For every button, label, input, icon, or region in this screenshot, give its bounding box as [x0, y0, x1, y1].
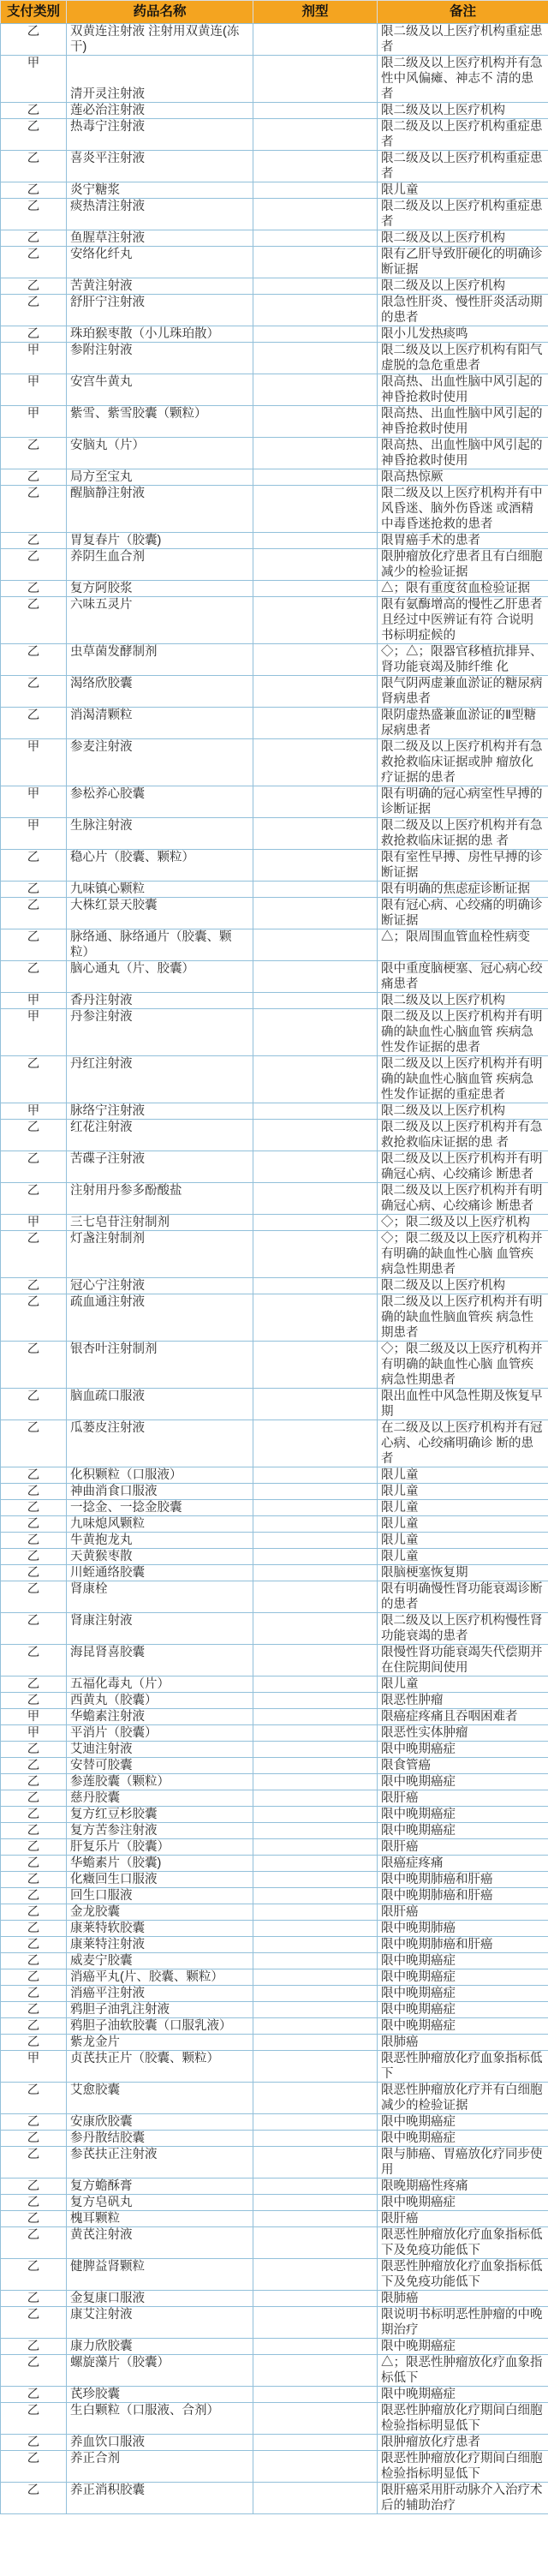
dosage-form-cell: [253, 1278, 378, 1294]
payment-category-cell: 乙: [1, 1937, 67, 1953]
remark-cell: 限二级及以上医疗机构重症患者: [378, 199, 548, 230]
remark-cell: 限儿童: [378, 1549, 548, 1565]
remark-cell: ◇；限二级及以上医疗机构并有明确的缺血性心脑 血管疾病急性期患者: [378, 1231, 548, 1278]
dosage-form-cell: [253, 1969, 378, 1986]
drug-name-cell: 消癌平注射液: [67, 1986, 253, 2002]
drug-name-cell: 金复康口服液: [67, 2291, 253, 2307]
remark-cell: 限有冠心病、心绞痛的明确诊断证据: [378, 898, 548, 929]
payment-category-cell: 乙: [1, 1056, 67, 1103]
table-row: 甲 华蟾素注射液 限癌症疼痛且吞咽困难者: [1, 1709, 548, 1725]
payment-category-cell: 乙: [1, 1921, 67, 1937]
remark-cell: 限儿童: [378, 182, 548, 199]
table-row: 乙 鱼腥草注射液 限二级及以上医疗机构: [1, 230, 548, 247]
drug-name-cell: 瓜蒌皮注射液: [67, 1420, 253, 1467]
drug-name-cell: 养正合剂: [67, 2451, 253, 2483]
drug-name-cell: 苦碟子注射液: [67, 1151, 253, 1183]
remark-cell: 限恶性肿瘤放化疗期间白细胞检验指标明显低下: [378, 2451, 548, 2483]
table-row: 乙 五福化毒丸（片） 限儿童: [1, 1676, 548, 1693]
table-row: 乙 冠心宁注射液 限二级及以上医疗机构: [1, 1278, 548, 1294]
table-row: 乙 肾康栓 限有明确慢性肾功能衰竭诊断的患者: [1, 1581, 548, 1613]
payment-category-cell: 甲: [1, 374, 67, 406]
table-row: 乙 养正消积胶囊 限肝癌采用肝动脉介入治疗术后的辅助治疗: [1, 2483, 548, 2514]
dosage-form-cell: [253, 1742, 378, 1758]
payment-category-cell: 甲: [1, 1725, 67, 1742]
payment-category-cell: 乙: [1, 1500, 67, 1516]
drug-name-cell: 生白颗粒（口服液、合剂）: [67, 2403, 253, 2435]
drug-name-cell: 复方蟾酥膏: [67, 2179, 253, 2195]
drug-name-cell: 丹红注射液: [67, 1056, 253, 1103]
dosage-form-cell: [253, 2435, 378, 2451]
dosage-form-cell: [253, 818, 378, 850]
column-header-payment-category: 支付类别: [1, 1, 67, 24]
payment-category-cell: 乙: [1, 1120, 67, 1151]
payment-category-cell: 乙: [1, 2339, 67, 2355]
table-row: 乙 养正合剂 限恶性肿瘤放化疗期间白细胞检验指标明显低下: [1, 2451, 548, 2483]
drug-name-cell: 局方至宝丸: [67, 469, 253, 486]
table-row: 乙 注射用丹参多酚酸盐 限二级及以上医疗机构并有明确冠心病、心绞痛诊 断患者: [1, 1183, 548, 1215]
payment-category-cell: 乙: [1, 2179, 67, 2195]
table-row: 乙 紫龙金片 限肺癌: [1, 2035, 548, 2051]
dosage-form-cell: [253, 1549, 378, 1565]
payment-category-cell: 乙: [1, 898, 67, 929]
table-row: 乙 黄芪注射液 限恶性肿瘤放化疗血象指标低下及免疫功能低下: [1, 2227, 548, 2259]
remark-cell: 限儿童: [378, 1467, 548, 1484]
table-row: 乙 川蛭通络胶囊 限脑梗塞恢复期: [1, 1565, 548, 1581]
table-row: 乙 舒肝宁注射液 限急性肝炎、慢性肝炎活动期的患者: [1, 295, 548, 326]
drug-name-cell: 鸦胆子油乳注射液: [67, 2002, 253, 2018]
drug-name-cell: 参松养心胶囊: [67, 786, 253, 818]
dosage-form-cell: [253, 533, 378, 549]
payment-category-cell: 乙: [1, 1807, 67, 1823]
payment-category-cell: 乙: [1, 2291, 67, 2307]
remark-cell: 限有氨酶增高的慢性乙肝患者且经过中医辨证有符 合说明书标明症候的: [378, 597, 548, 644]
drug-name-cell: 芪珍胶囊: [67, 2387, 253, 2403]
remark-cell: 限二级及以上医疗机构并有急救抢救临床证据的患 者: [378, 1120, 548, 1151]
table-row: 甲 平消片（胶囊） 限恶性实体肿瘤: [1, 1725, 548, 1742]
drug-name-cell: 化积颗粒（口服液）: [67, 1467, 253, 1484]
payment-category-cell: 乙: [1, 230, 67, 247]
remark-cell: 限儿童: [378, 1500, 548, 1516]
table-row: 甲 贞芪扶正片（胶囊、颗粒） 限恶性肿瘤放化疗血象指标低下: [1, 2051, 548, 2083]
payment-category-cell: 乙: [1, 1484, 67, 1500]
dosage-form-cell: [253, 326, 378, 343]
remark-cell: 限儿童: [378, 1484, 548, 1500]
drug-name-cell: 天黄猴枣散: [67, 1549, 253, 1565]
table-header-row: 支付类别 药品名称 剂型 备注: [1, 1, 548, 24]
dosage-form-cell: [253, 961, 378, 993]
drug-reimbursement-table: 支付类别 药品名称 剂型 备注 乙 双黄连注射液 注射用双黄连(冻干) 限二级及…: [0, 0, 548, 2514]
drug-name-cell: 神曲消食口服液: [67, 1484, 253, 1500]
table-row: 乙 莲必治注射液 限二级及以上医疗机构: [1, 103, 548, 119]
drug-name-cell: 鱼腥草注射液: [67, 230, 253, 247]
drug-name-cell: 九味镇心颗粒: [67, 882, 253, 898]
remark-cell: 限中晚期癌症: [378, 2002, 548, 2018]
dosage-form-cell: [253, 247, 378, 278]
table-row: 乙 珠珀猴枣散（小儿珠珀散） 限小儿发热痰鸣: [1, 326, 548, 343]
drug-name-cell: 养血饮口服液: [67, 2435, 253, 2451]
drug-name-cell: 珠珀猴枣散（小儿珠珀散）: [67, 326, 253, 343]
drug-name-cell: 参芪扶正注射液: [67, 2147, 253, 2179]
dosage-form-cell: [253, 2483, 378, 2514]
table-row: 乙 肝复乐片（胶囊） 限肝癌: [1, 1839, 548, 1856]
payment-category-cell: 乙: [1, 1790, 67, 1807]
remark-cell: 限高热、出血性脑中风引起的神昏抢救时使用: [378, 374, 548, 406]
drug-name-cell: 脉络通、脉络通片（胶囊、颗粒）: [67, 929, 253, 961]
column-header-dosage-form: 剂型: [253, 1, 378, 24]
payment-category-cell: 乙: [1, 1613, 67, 1645]
drug-name-cell: 紫龙金片: [67, 2035, 253, 2051]
dosage-form-cell: [253, 1103, 378, 1120]
remark-cell: 限肝癌: [378, 1790, 548, 1807]
table-row: 乙 海昆肾喜胶囊 限慢性肾功能衰竭失代偿期并在住院期间使用: [1, 1645, 548, 1676]
dosage-form-cell: [253, 1693, 378, 1709]
drug-name-cell: 冠心宁注射液: [67, 1278, 253, 1294]
drug-name-cell: 安脑丸（片）: [67, 438, 253, 469]
table-row: 乙 大株红景天胶囊 限有冠心病、心绞痛的明确诊断证据: [1, 898, 548, 929]
drug-name-cell: 舒肝宁注射液: [67, 295, 253, 326]
table-row: 乙 胃复春片（胶囊) 限胃癌手术的患者: [1, 533, 548, 549]
dosage-form-cell: [253, 343, 378, 374]
dosage-form-cell: [253, 1790, 378, 1807]
table-row: 乙 慈丹胶囊 限肝癌: [1, 1790, 548, 1807]
remark-cell: 限恶性肿瘤放化疗血象指标低下: [378, 2051, 548, 2083]
table-row: 乙 丹红注射液 限二级及以上医疗机构并有明确的缺血性心脑血管 疾病急性发作证据的…: [1, 1056, 548, 1103]
remark-cell: 限二级及以上医疗机构并有中风昏迷、脑外伤昏迷 或酒精中毒昏迷抢救的患者: [378, 486, 548, 533]
payment-category-cell: 乙: [1, 1151, 67, 1183]
table-row: 乙 艾迪注射液 限中晚期癌症: [1, 1742, 548, 1758]
table-row: 甲 三七皂苷注射制剂 ◇；限二级及以上医疗机构: [1, 1215, 548, 1231]
table-row: 乙 螺旋藻片（胶囊） △；限恶性肿瘤放化疗血象指标低下: [1, 2355, 548, 2387]
dosage-form-cell: [253, 1725, 378, 1742]
dosage-form-cell: [253, 2018, 378, 2035]
table-row: 乙 牛黄抱龙丸 限儿童: [1, 1533, 548, 1549]
dosage-form-cell: [253, 1120, 378, 1151]
remark-cell: 在二级及以上医疗机构并有冠心病、心绞痛明确诊 断的患者: [378, 1420, 548, 1467]
payment-category-cell: 乙: [1, 119, 67, 151]
remark-cell: 限中晚期癌症: [378, 1986, 548, 2002]
table-row: 乙 养阴生血合剂 限肿瘤放化疗患者且有白细胞减少的检验证据: [1, 549, 548, 581]
table-row: 乙 复方苦参注射液 限中晚期癌症: [1, 1823, 548, 1839]
dosage-form-cell: [253, 406, 378, 438]
payment-category-cell: 乙: [1, 1389, 67, 1420]
remark-cell: △；限有重度贫血检验证据: [378, 581, 548, 597]
payment-category-cell: 乙: [1, 1823, 67, 1839]
table-row: 甲 丹参注射液 限二级及以上医疗机构并有明确的缺血性心脑血管 疾病急性发作证据的…: [1, 1009, 548, 1056]
drug-name-cell: 艾愈胶囊: [67, 2083, 253, 2114]
payment-category-cell: 乙: [1, 1516, 67, 1533]
remark-cell: 限高热、出血性脑中风引起的神昏抢救时使用: [378, 438, 548, 469]
drug-name-cell: 莲必治注射液: [67, 103, 253, 119]
payment-category-cell: 甲: [1, 818, 67, 850]
payment-category-cell: 乙: [1, 2435, 67, 2451]
table-row: 乙 复方阿胶浆 △；限有重度贫血检验证据: [1, 581, 548, 597]
remark-cell: 限二级及以上医疗机构并有明确的缺血性脑血管疾 病急性期患者: [378, 1294, 548, 1342]
dosage-form-cell: [253, 2451, 378, 2483]
remark-cell: 限高热、出血性脑中风引起的神昏抢救时使用: [378, 406, 548, 438]
payment-category-cell: 乙: [1, 24, 67, 56]
remark-cell: 限有明确慢性肾功能衰竭诊断的患者: [378, 1581, 548, 1613]
remark-cell: ◇；限二级及以上医疗机构: [378, 1215, 548, 1231]
payment-category-cell: 乙: [1, 850, 67, 882]
table-row: 乙 脉络通、脉络通片（胶囊、颗粒） △；限周围血管血栓性病变: [1, 929, 548, 961]
remark-cell: 限二级及以上医疗机构有阳气虚脱的急危重患者: [378, 343, 548, 374]
remark-cell: 限二级及以上医疗机构并有急救抢救临床证据的患 者: [378, 818, 548, 850]
dosage-form-cell: [253, 2083, 378, 2114]
dosage-form-cell: [253, 1581, 378, 1613]
dosage-form-cell: [253, 2179, 378, 2195]
drug-name-cell: 胃复春片（胶囊): [67, 533, 253, 549]
column-header-remark: 备注: [378, 1, 548, 24]
payment-category-cell: 乙: [1, 438, 67, 469]
drug-name-cell: 渴络欣胶囊: [67, 676, 253, 708]
drug-name-cell: 喜炎平注射液: [67, 151, 253, 182]
dosage-form-cell: [253, 1056, 378, 1103]
remark-cell: 限二级及以上医疗机构重症患者: [378, 151, 548, 182]
remark-cell: 限阴虚热盛兼血淤证的Ⅱ型糖尿病患者: [378, 708, 548, 739]
drug-name-cell: 复方皂矾丸: [67, 2195, 253, 2211]
table-row: 乙 银杏叶注射制剂 ◇；限二级及以上医疗机构并有明确的缺血性心脑 血管疾病急性期…: [1, 1342, 548, 1389]
dosage-form-cell: [253, 2114, 378, 2131]
table-row: 乙 威麦宁胶囊 限中晚期癌症: [1, 1953, 548, 1969]
remark-cell: 限食管癌: [378, 1758, 548, 1774]
drug-name-cell: 消癌平丸(片、胶囊、颗粒）: [67, 1969, 253, 1986]
table-row: 乙 肾康注射液 限二级及以上医疗机构慢性肾功能衰竭的患者: [1, 1613, 548, 1645]
remark-cell: 限与肺癌、胃癌放化疗同步使用: [378, 2147, 548, 2179]
dosage-form-cell: [253, 1389, 378, 1420]
payment-category-cell: 甲: [1, 1103, 67, 1120]
drug-name-cell: 九味熄风颗粒: [67, 1516, 253, 1533]
drug-name-cell: 丹参注射液: [67, 1009, 253, 1056]
drug-name-cell: 复方苦参注射液: [67, 1823, 253, 1839]
drug-name-cell: 醒脑静注射液: [67, 486, 253, 533]
remark-cell: 限恶性肿瘤放化疗期间白细胞检验指标明显低下: [378, 2403, 548, 2435]
drug-name-cell: 灯盏注射制剂: [67, 1231, 253, 1278]
table-row: 乙 复方皂矾丸 限中晚期癌症: [1, 2195, 548, 2211]
drug-name-cell: 复方红豆杉胶囊: [67, 1807, 253, 1823]
dosage-form-cell: [253, 1823, 378, 1839]
drug-name-cell: 痰热清注射液: [67, 199, 253, 230]
payment-category-cell: 乙: [1, 2307, 67, 2339]
dosage-form-cell: [253, 676, 378, 708]
table-row: 乙 回生口服液 限中晚期肺癌和肝癌: [1, 1888, 548, 1904]
remark-cell: 限恶性肿瘤放化疗血象指标低下及免疫功能低下: [378, 2259, 548, 2291]
table-row: 乙 参丹散结胶囊 限中晚期癌症: [1, 2131, 548, 2147]
remark-cell: 限中晚期肺癌和肝癌: [378, 1937, 548, 1953]
remark-cell: 限二级及以上医疗机构并有急性中风偏瘫、神志不 清的患者: [378, 56, 548, 103]
payment-category-cell: 乙: [1, 1231, 67, 1278]
drug-name-cell: 慈丹胶囊: [67, 1790, 253, 1807]
payment-category-cell: 乙: [1, 1888, 67, 1904]
dosage-form-cell: [253, 1342, 378, 1389]
payment-category-cell: 乙: [1, 2083, 67, 2114]
table-row: 乙 康力欣胶囊 限中晚期癌症: [1, 2339, 548, 2355]
drug-name-cell: 黄芪注射液: [67, 2227, 253, 2259]
payment-category-cell: 甲: [1, 1009, 67, 1056]
remark-cell: 限高热惊厥: [378, 469, 548, 486]
remark-cell: 限有室性早搏、房性早搏的诊断证据: [378, 850, 548, 882]
drug-name-cell: 稳心片（胶囊、颗粒）: [67, 850, 253, 882]
dosage-form-cell: [253, 230, 378, 247]
payment-category-cell: 乙: [1, 1467, 67, 1484]
table-row: 乙 消癌平注射液 限中晚期癌症: [1, 1986, 548, 2002]
dosage-form-cell: [253, 1533, 378, 1549]
payment-category-cell: 乙: [1, 295, 67, 326]
payment-category-cell: 乙: [1, 1420, 67, 1467]
table-row: 甲 参麦注射液 限二级及以上医疗机构并有急救抢救临床证据或肿 瘤放化疗证据的患者: [1, 739, 548, 786]
remark-cell: 限中晚期癌症: [378, 2114, 548, 2131]
table-row: 乙 消癌平丸(片、胶囊、颗粒） 限中晚期癌症: [1, 1969, 548, 1986]
table-row: 乙 一捻金、一捻金胶囊 限儿童: [1, 1500, 548, 1516]
payment-category-cell: 乙: [1, 1742, 67, 1758]
table-row: 乙 芪珍胶囊 限中晚期癌症: [1, 2387, 548, 2403]
dosage-form-cell: [253, 2211, 378, 2227]
payment-category-cell: 乙: [1, 2403, 67, 2435]
drug-name-cell: 清开灵注射液: [67, 56, 253, 103]
drug-name-cell: 注射用丹参多酚酸盐: [67, 1183, 253, 1215]
remark-cell: 限有明确的冠心病室性早搏的诊断证据: [378, 786, 548, 818]
payment-category-cell: 乙: [1, 2211, 67, 2227]
remark-cell: 限儿童: [378, 1516, 548, 1533]
payment-category-cell: 乙: [1, 182, 67, 199]
payment-category-cell: 甲: [1, 2051, 67, 2083]
drug-name-cell: 参附注射液: [67, 343, 253, 374]
drug-name-cell: 安康欣胶囊: [67, 2114, 253, 2131]
dosage-form-cell: [253, 1888, 378, 1904]
dosage-form-cell: [253, 438, 378, 469]
dosage-form-cell: [253, 1516, 378, 1533]
remark-cell: 限二级及以上医疗机构并有明确的缺血性心脑血管 疾病急性发作证据的重症患者: [378, 1056, 548, 1103]
remark-cell: 限出血性中风急性期及恢复早期: [378, 1389, 548, 1420]
table-row: 乙 生白颗粒（口服液、合剂） 限恶性肿瘤放化疗期间白细胞检验指标明显低下: [1, 2403, 548, 2435]
dosage-form-cell: [253, 1758, 378, 1774]
table-row: 乙 养血饮口服液 限肿瘤放化疗患者: [1, 2435, 548, 2451]
payment-category-cell: 甲: [1, 56, 67, 103]
table-row: 乙 九味熄风颗粒 限儿童: [1, 1516, 548, 1533]
table-row: 甲 参附注射液 限二级及以上医疗机构有阳气虚脱的急危重患者: [1, 343, 548, 374]
dosage-form-cell: [253, 374, 378, 406]
remark-cell: 限中晚期癌症: [378, 1823, 548, 1839]
dosage-form-cell: [253, 199, 378, 230]
table-row: 乙 痰热清注射液 限二级及以上医疗机构重症患者: [1, 199, 548, 230]
dosage-form-cell: [253, 929, 378, 961]
remark-cell: 限二级及以上医疗机构: [378, 1103, 548, 1120]
table-row: 乙 灯盏注射制剂 ◇；限二级及以上医疗机构并有明确的缺血性心脑 血管疾病急性期患…: [1, 1231, 548, 1278]
drug-name-cell: 养阴生血合剂: [67, 549, 253, 581]
drug-name-cell: 炎宁糖浆: [67, 182, 253, 199]
drug-name-cell: 热毒宁注射液: [67, 119, 253, 151]
dosage-form-cell: [253, 597, 378, 644]
table-row: 乙 槐耳颗粒 限肝癌: [1, 2211, 548, 2227]
drug-name-cell: 脑血疏口服液: [67, 1389, 253, 1420]
dosage-form-cell: [253, 469, 378, 486]
table-row: 乙 醒脑静注射液 限二级及以上医疗机构并有中风昏迷、脑外伤昏迷 或酒精中毒昏迷抢…: [1, 486, 548, 533]
payment-category-cell: 乙: [1, 2483, 67, 2514]
drug-name-cell: 肝复乐片（胶囊）: [67, 1839, 253, 1856]
remark-cell: 限脑梗塞恢复期: [378, 1565, 548, 1581]
table-row: 乙 参莲胶囊（颗粒） 限中晚期癌症: [1, 1774, 548, 1790]
dosage-form-cell: [253, 1676, 378, 1693]
drug-name-cell: 槐耳颗粒: [67, 2211, 253, 2227]
remark-cell: 限慢性肾功能衰竭失代偿期并在住院期间使用: [378, 1645, 548, 1676]
payment-category-cell: 乙: [1, 1294, 67, 1342]
drug-name-cell: 红花注射液: [67, 1120, 253, 1151]
payment-category-cell: 乙: [1, 2018, 67, 2035]
drug-name-cell: 鸦胆子油软胶囊（口服乳液）: [67, 2018, 253, 2035]
table-row: 乙 渴络欣胶囊 限气阴两虚兼血淤证的糖尿病肾病患者: [1, 676, 548, 708]
table-row: 乙 九味镇心颗粒 限有明确的焦虑症诊断证据: [1, 882, 548, 898]
dosage-form-cell: [253, 1709, 378, 1725]
payment-category-cell: 乙: [1, 2035, 67, 2051]
remark-cell: ◇；限二级及以上医疗机构并有明确的缺血性心脑 血管疾病急性期患者: [378, 1342, 548, 1389]
payment-category-cell: 乙: [1, 1872, 67, 1888]
dosage-form-cell: [253, 1009, 378, 1056]
payment-category-cell: 乙: [1, 2002, 67, 2018]
table-row: 乙 消渴清颗粒 限阴虚热盛兼血淤证的Ⅱ型糖尿病患者: [1, 708, 548, 739]
remark-cell: 限二级及以上医疗机构: [378, 103, 548, 119]
drug-name-cell: 平消片（胶囊）: [67, 1725, 253, 1742]
table-row: 乙 西黄丸（胶囊） 限恶性肿瘤: [1, 1693, 548, 1709]
remark-cell: 限中晚期癌症: [378, 2195, 548, 2211]
payment-category-cell: 乙: [1, 1856, 67, 1872]
remark-cell: 限晚期癌性疼痛: [378, 2179, 548, 2195]
payment-category-cell: 乙: [1, 708, 67, 739]
drug-name-cell: 健脾益肾颗粒: [67, 2259, 253, 2291]
payment-category-cell: 乙: [1, 1549, 67, 1565]
remark-cell: △；限周围血管血栓性病变: [378, 929, 548, 961]
remark-cell: 限肝癌采用肝动脉介入治疗术后的辅助治疗: [378, 2483, 548, 2514]
payment-category-cell: 乙: [1, 1183, 67, 1215]
remark-cell: 限说明书标明恶性肿瘤的中晚期治疗: [378, 2307, 548, 2339]
table-row: 乙 安替可胶囊 限食管癌: [1, 1758, 548, 1774]
remark-cell: 限有明确的焦虑症诊断证据: [378, 882, 548, 898]
payment-category-cell: 甲: [1, 1215, 67, 1231]
table-row: 乙 鸦胆子油乳注射液 限中晚期癌症: [1, 2002, 548, 2018]
dosage-form-cell: [253, 786, 378, 818]
dosage-form-cell: [253, 1183, 378, 1215]
dosage-form-cell: [253, 739, 378, 786]
remark-cell: 限肺癌: [378, 2291, 548, 2307]
remark-cell: 限二级及以上医疗机构重症患者: [378, 24, 548, 56]
table-row: 乙 鸦胆子油软胶囊（口服乳液） 限中晚期癌症: [1, 2018, 548, 2035]
payment-category-cell: 乙: [1, 2114, 67, 2131]
drug-name-cell: 参丹散结胶囊: [67, 2131, 253, 2147]
remark-cell: 限肝癌: [378, 1839, 548, 1856]
table-row: 乙 疏血通注射液 限二级及以上医疗机构并有明确的缺血性脑血管疾 病急性期患者: [1, 1294, 548, 1342]
payment-category-cell: 乙: [1, 2147, 67, 2179]
drug-name-cell: 一捻金、一捻金胶囊: [67, 1500, 253, 1516]
dosage-form-cell: [253, 1215, 378, 1231]
payment-category-cell: 乙: [1, 1986, 67, 2002]
remark-cell: 限中晚期癌症: [378, 1807, 548, 1823]
column-header-drug-name: 药品名称: [67, 1, 253, 24]
payment-category-cell: 乙: [1, 247, 67, 278]
drug-name-cell: 川蛭通络胶囊: [67, 1565, 253, 1581]
dosage-form-cell: [253, 1774, 378, 1790]
payment-category-cell: 乙: [1, 581, 67, 597]
table-row: 乙 安脑丸（片） 限高热、出血性脑中风引起的神昏抢救时使用: [1, 438, 548, 469]
dosage-form-cell: [253, 1856, 378, 1872]
remark-cell: 限小儿发热痰鸣: [378, 326, 548, 343]
dosage-form-cell: [253, 1500, 378, 1516]
drug-name-cell: 牛黄抱龙丸: [67, 1533, 253, 1549]
remark-cell: 限二级及以上医疗机构: [378, 278, 548, 295]
table-row: 甲 紫雪、紫雪胶囊（颗粒） 限高热、出血性脑中风引起的神昏抢救时使用: [1, 406, 548, 438]
table-body: 乙 双黄连注射液 注射用双黄连(冻干) 限二级及以上医疗机构重症患者 甲 清开灵…: [1, 24, 548, 2514]
remark-cell: 限二级及以上医疗机构重症患者: [378, 119, 548, 151]
remark-cell: 限急性肝炎、慢性肝炎活动期的患者: [378, 295, 548, 326]
drug-name-cell: 虫草菌发酵制剂: [67, 644, 253, 676]
dosage-form-cell: [253, 2307, 378, 2339]
